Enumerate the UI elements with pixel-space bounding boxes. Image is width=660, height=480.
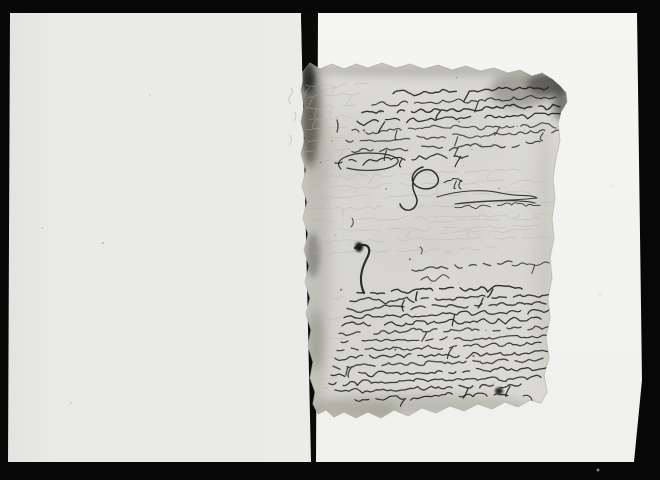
manuscript-leaf bbox=[0, 0, 660, 480]
archive-scan bbox=[0, 0, 660, 480]
